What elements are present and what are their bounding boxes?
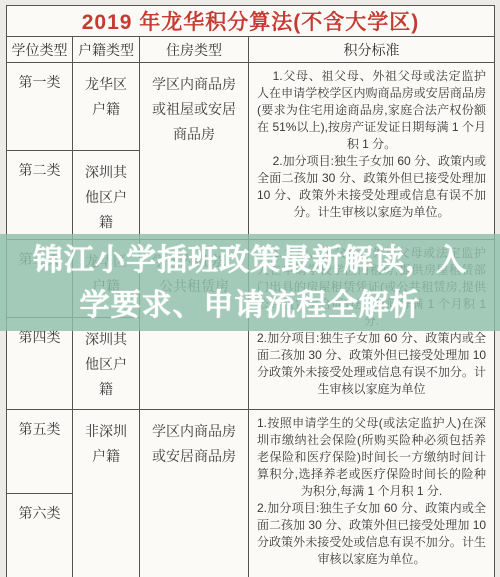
cell-class1-2-points: 1.父母、祖父母、外祖父母或法定监护人在申请学校学区内购商品房或安居商品房(要求… bbox=[249, 63, 495, 240]
cell-class4-hukou: 深圳其他区户籍 bbox=[73, 318, 140, 410]
cell-class2-hukou: 深圳其他区户籍 bbox=[73, 151, 140, 240]
document-photo: 2019 年龙华积分算法(不含大学区) 学位类型 户籍类型 住房类型 积分标准 … bbox=[0, 0, 500, 577]
cell-class1-hukou: 龙华区户籍 bbox=[73, 63, 140, 151]
cell-class6-type: 第六类 bbox=[7, 494, 73, 577]
cell-class5-6-housing: 学区内商品房或安居商品房 bbox=[140, 410, 249, 577]
promo-banner-overlay: 锦江小学插班政策最新解读，入 学要求、申请流程全解析 bbox=[0, 234, 500, 331]
banner-text-line1: 锦江小学插班政策最新解读，入 bbox=[33, 238, 467, 283]
cell-class1-type: 第一类 bbox=[7, 63, 73, 151]
table-row-class5: 第五类 非深圳户籍 学区内商品房或安居商品房 1.按照申请学生的父母(或法定监护… bbox=[7, 410, 495, 494]
cell-class4-type: 第四类 bbox=[7, 318, 73, 410]
column-header-points-standard: 积分标准 bbox=[249, 37, 495, 63]
title-row: 2019 年龙华积分算法(不含大学区) bbox=[7, 6, 495, 37]
column-header-hukou-type: 户籍类型 bbox=[73, 37, 140, 63]
column-header-housing-type: 住房类型 bbox=[140, 37, 249, 63]
cell-class2-type: 第二类 bbox=[7, 151, 73, 240]
cell-class5-6-hukou: 非深圳户籍 bbox=[73, 410, 140, 577]
column-header-degree-type: 学位类型 bbox=[7, 37, 73, 63]
banner-text-line2: 学要求、申请流程全解析 bbox=[80, 283, 421, 328]
table-title: 2019 年龙华积分算法(不含大学区) bbox=[7, 6, 495, 37]
points-item: 2.加分项目:独生子女加 60 分、政策内或全面二孩加 30 分、政策外但已接受… bbox=[257, 153, 486, 221]
cell-class1-2-housing: 学区内商品房或祖屋或安居商品房 bbox=[140, 63, 249, 240]
header-row: 学位类型 户籍类型 住房类型 积分标准 bbox=[7, 37, 495, 63]
table-row-class1: 第一类 龙华区户籍 学区内商品房或祖屋或安居商品房 1.父母、祖父母、外祖父母或… bbox=[7, 63, 495, 151]
points-item: 2.加分项目:独生子女加 60 分、政策内或全面二孩加 30 分、政策外但已接受… bbox=[257, 330, 486, 398]
cell-class5-type: 第五类 bbox=[7, 410, 73, 494]
cell-class5-6-points: 1.按照申请学生的父母(或法定监护人)在深圳市缴纳社会保险(所购买险种必须包括养… bbox=[249, 410, 495, 577]
points-item: 1.按照申请学生的父母(或法定监护人)在深圳市缴纳社会保险(所购买险种必须包括养… bbox=[257, 415, 486, 500]
points-item: 1.父母、祖父母、外祖父母或法定监护人在申请学校学区内购商品房或安居商品房(要求… bbox=[257, 68, 486, 153]
points-item: 2.加分项目:独生子女加 60 分、政策内或全面二孩加 30 分、政策外但已接受… bbox=[257, 500, 486, 568]
